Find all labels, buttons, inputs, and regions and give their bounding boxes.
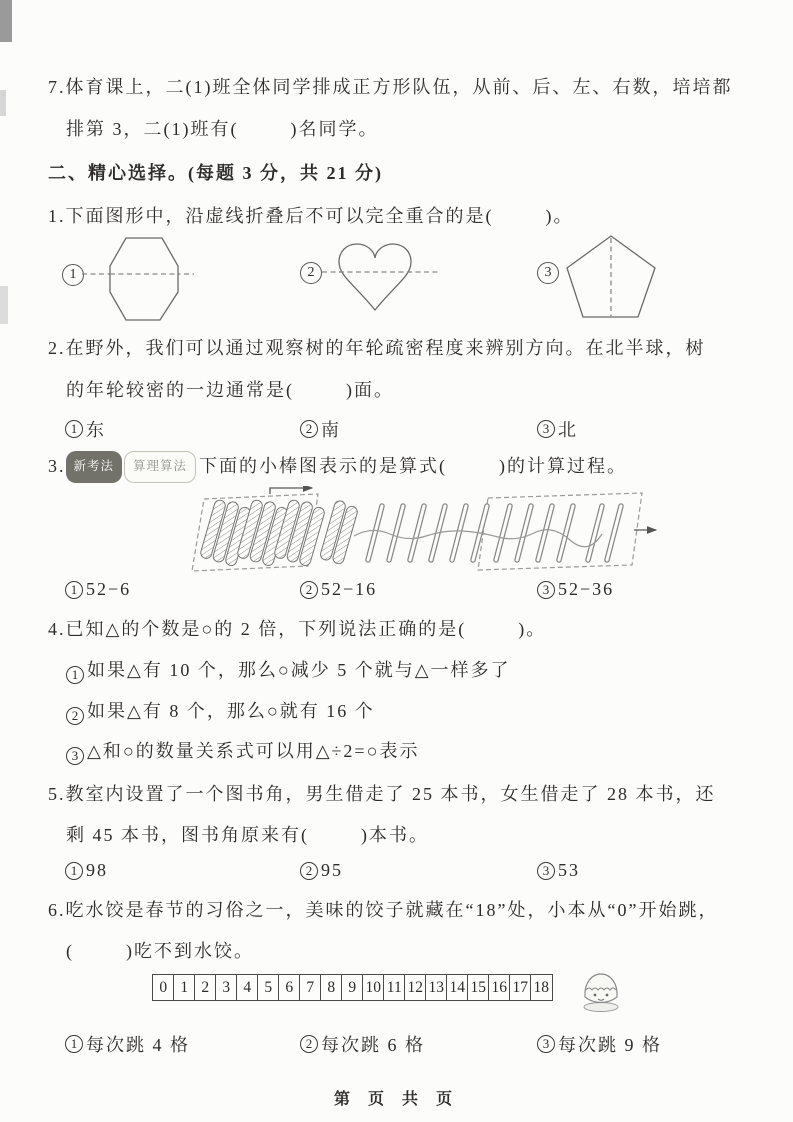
shape-option-1: 1 xyxy=(62,236,197,324)
dumpling-icon xyxy=(578,964,624,1014)
question-2-line2: 的年轮较密的一边通常是( )面。 xyxy=(66,377,394,404)
number-line-cell: 11 xyxy=(383,974,406,1001)
number-line-cell: 12 xyxy=(404,974,427,1001)
number-line-cell: 4 xyxy=(236,974,259,1001)
option: 1每次跳 4 格 xyxy=(65,1031,300,1057)
question-6-line2: ( )吃不到水饺。 xyxy=(66,938,254,965)
number-line-cell: 7 xyxy=(299,974,322,1001)
number-line-cell: 8 xyxy=(320,974,343,1001)
number-line-cell: 3 xyxy=(215,974,238,1001)
option-label: 95 xyxy=(321,860,343,881)
question-2-line1: 2.在野外，我们可以通过观察树的年轮疏密程度来辨别方向。在北半球，树 xyxy=(48,335,706,362)
number-line-cell: 5 xyxy=(257,974,280,1001)
number-line-cell: 6 xyxy=(278,974,301,1001)
number-line-cell: 9 xyxy=(341,974,364,1001)
option-label: 东 xyxy=(86,416,106,442)
heart-shape xyxy=(322,242,440,314)
number-line-cell: 17 xyxy=(509,974,532,1001)
number-line: 0123456789101112131415161718 xyxy=(152,974,551,1001)
question-7-line1: 7.体育课上，二(1)班全体同学排成正方形队伍，从前、后、左、右数，培培都 xyxy=(48,74,733,101)
option: 3北 xyxy=(537,416,578,442)
scan-artifact xyxy=(0,0,12,42)
question-3-text: 下面的小棒图表示的是算式( )的计算过程。 xyxy=(199,456,627,476)
circled-number: 1 xyxy=(66,666,84,684)
new-method-badge: 新考法 xyxy=(66,451,123,483)
question-7-line2: 排第 3，二(1)班有( )名同学。 xyxy=(66,116,378,143)
option-label: 53 xyxy=(558,860,580,881)
number-line-cell: 13 xyxy=(425,974,448,1001)
section-2-title: 二、精心选择。 xyxy=(48,163,188,183)
algorithm-badge: 算理算法 xyxy=(124,451,196,483)
question-5-options: 198 295 353 xyxy=(65,860,775,881)
option: 198 xyxy=(65,860,300,881)
circled-number: 3 xyxy=(537,862,555,880)
option: 152−6 xyxy=(65,579,300,600)
number-line-cell: 14 xyxy=(446,974,469,1001)
circled-number: 2 xyxy=(300,420,318,438)
question-2-options: 1东 2南 3北 xyxy=(65,416,775,442)
option: 295 xyxy=(300,860,537,881)
circled-number: 3 xyxy=(537,262,559,284)
shape-option-3: 3 xyxy=(537,234,667,324)
number-line-cell: 16 xyxy=(488,974,511,1001)
option-label: 每次跳 4 格 xyxy=(86,1031,190,1057)
pentagon-shape xyxy=(565,234,657,320)
section-2-score: (每题 3 分，共 21 分) xyxy=(188,163,383,183)
option-label: 北 xyxy=(558,416,578,442)
circled-number: 1 xyxy=(62,264,84,286)
option: 3每次跳 9 格 xyxy=(537,1031,662,1057)
circled-number: 1 xyxy=(65,1035,83,1053)
option-label: △和○的数量关系式可以用△÷2=○表示 xyxy=(87,741,419,761)
option-label: 如果△有 10 个，那么○减少 5 个就与△一样多了 xyxy=(87,660,511,680)
question-4-option-3: 3△和○的数量关系式可以用△÷2=○表示 xyxy=(66,738,419,765)
question-6-line1: 6.吃水饺是春节的习俗之一，美味的饺子就藏在“18”处，小本从“0”开始跳， xyxy=(48,897,718,924)
circled-number: 1 xyxy=(65,862,83,880)
question-5-line2: 剩 45 本书，图书角原来有( )本书。 xyxy=(66,822,429,849)
option-label: 52−16 xyxy=(321,579,377,600)
circled-number: 1 xyxy=(65,420,83,438)
stick-bundle xyxy=(319,500,359,565)
circled-number: 3 xyxy=(537,1035,555,1053)
page-footer: 第 页 共 页 xyxy=(0,1086,793,1109)
option-label: 如果△有 8 个，那么○就有 16 个 xyxy=(87,701,375,721)
number-line-cell: 15 xyxy=(467,974,490,1001)
option: 2南 xyxy=(300,416,537,442)
circled-number: 2 xyxy=(300,1035,318,1053)
sticks-diagram xyxy=(190,486,660,574)
question-5-line1: 5.教室内设置了一个图书角，男生借走了 25 本书，女生借走了 28 本书，还 xyxy=(48,781,716,808)
option: 1东 xyxy=(65,416,300,442)
question-4-text: 4.已知△的个数是○的 2 倍，下列说法正确的是( )。 xyxy=(48,616,546,643)
circled-number: 3 xyxy=(66,747,84,765)
single-sticks xyxy=(368,506,621,560)
number-line-cell: 1 xyxy=(173,974,196,1001)
question-3-options: 152−6 252−16 352−36 xyxy=(65,579,775,600)
option-label: 98 xyxy=(86,860,108,881)
question-3-line: 3.新考法算理算法下面的小棒图表示的是算式( )的计算过程。 xyxy=(48,451,627,483)
option-label: 每次跳 9 格 xyxy=(558,1031,662,1057)
question-6-options: 1每次跳 4 格 2每次跳 6 格 3每次跳 9 格 xyxy=(65,1031,775,1057)
hexagon-shape xyxy=(82,236,194,322)
circled-number: 2 xyxy=(66,707,84,725)
option-label: 52−6 xyxy=(86,579,131,600)
option-label: 每次跳 6 格 xyxy=(321,1031,425,1057)
option-label: 52−36 xyxy=(558,579,614,600)
circled-number: 2 xyxy=(300,862,318,880)
circled-number: 3 xyxy=(537,420,555,438)
circled-number: 1 xyxy=(65,581,83,599)
option: 252−16 xyxy=(300,579,537,600)
number-line-cell: 2 xyxy=(194,974,217,1001)
question-3-number: 3. xyxy=(48,456,66,476)
circled-number: 3 xyxy=(537,581,555,599)
number-line-cell: 18 xyxy=(530,974,553,1001)
number-line-cell: 0 xyxy=(152,974,175,1001)
scan-artifact xyxy=(0,286,8,324)
option-label: 南 xyxy=(321,416,341,442)
scan-artifact xyxy=(0,90,6,116)
circled-number: 2 xyxy=(300,262,322,284)
option: 2每次跳 6 格 xyxy=(300,1031,537,1057)
number-line-cell: 10 xyxy=(362,974,385,1001)
section-2-header: 二、精心选择。(每题 3 分，共 21 分) xyxy=(48,160,383,187)
option: 353 xyxy=(537,860,580,881)
question-4-option-2: 2如果△有 8 个，那么○就有 16 个 xyxy=(66,698,375,725)
shape-option-2: 2 xyxy=(300,242,440,318)
worksheet-page: 7.体育课上，二(1)班全体同学排成正方形队伍，从前、后、左、右数，培培都 排第… xyxy=(0,0,793,1122)
circled-number: 2 xyxy=(300,581,318,599)
question-4-option-1: 1如果△有 10 个，那么○减少 5 个就与△一样多了 xyxy=(66,657,511,684)
option: 352−36 xyxy=(537,579,614,600)
question-1-text: 1.下面图形中，沿虚线折叠后不可以完全重合的是( )。 xyxy=(48,203,574,230)
